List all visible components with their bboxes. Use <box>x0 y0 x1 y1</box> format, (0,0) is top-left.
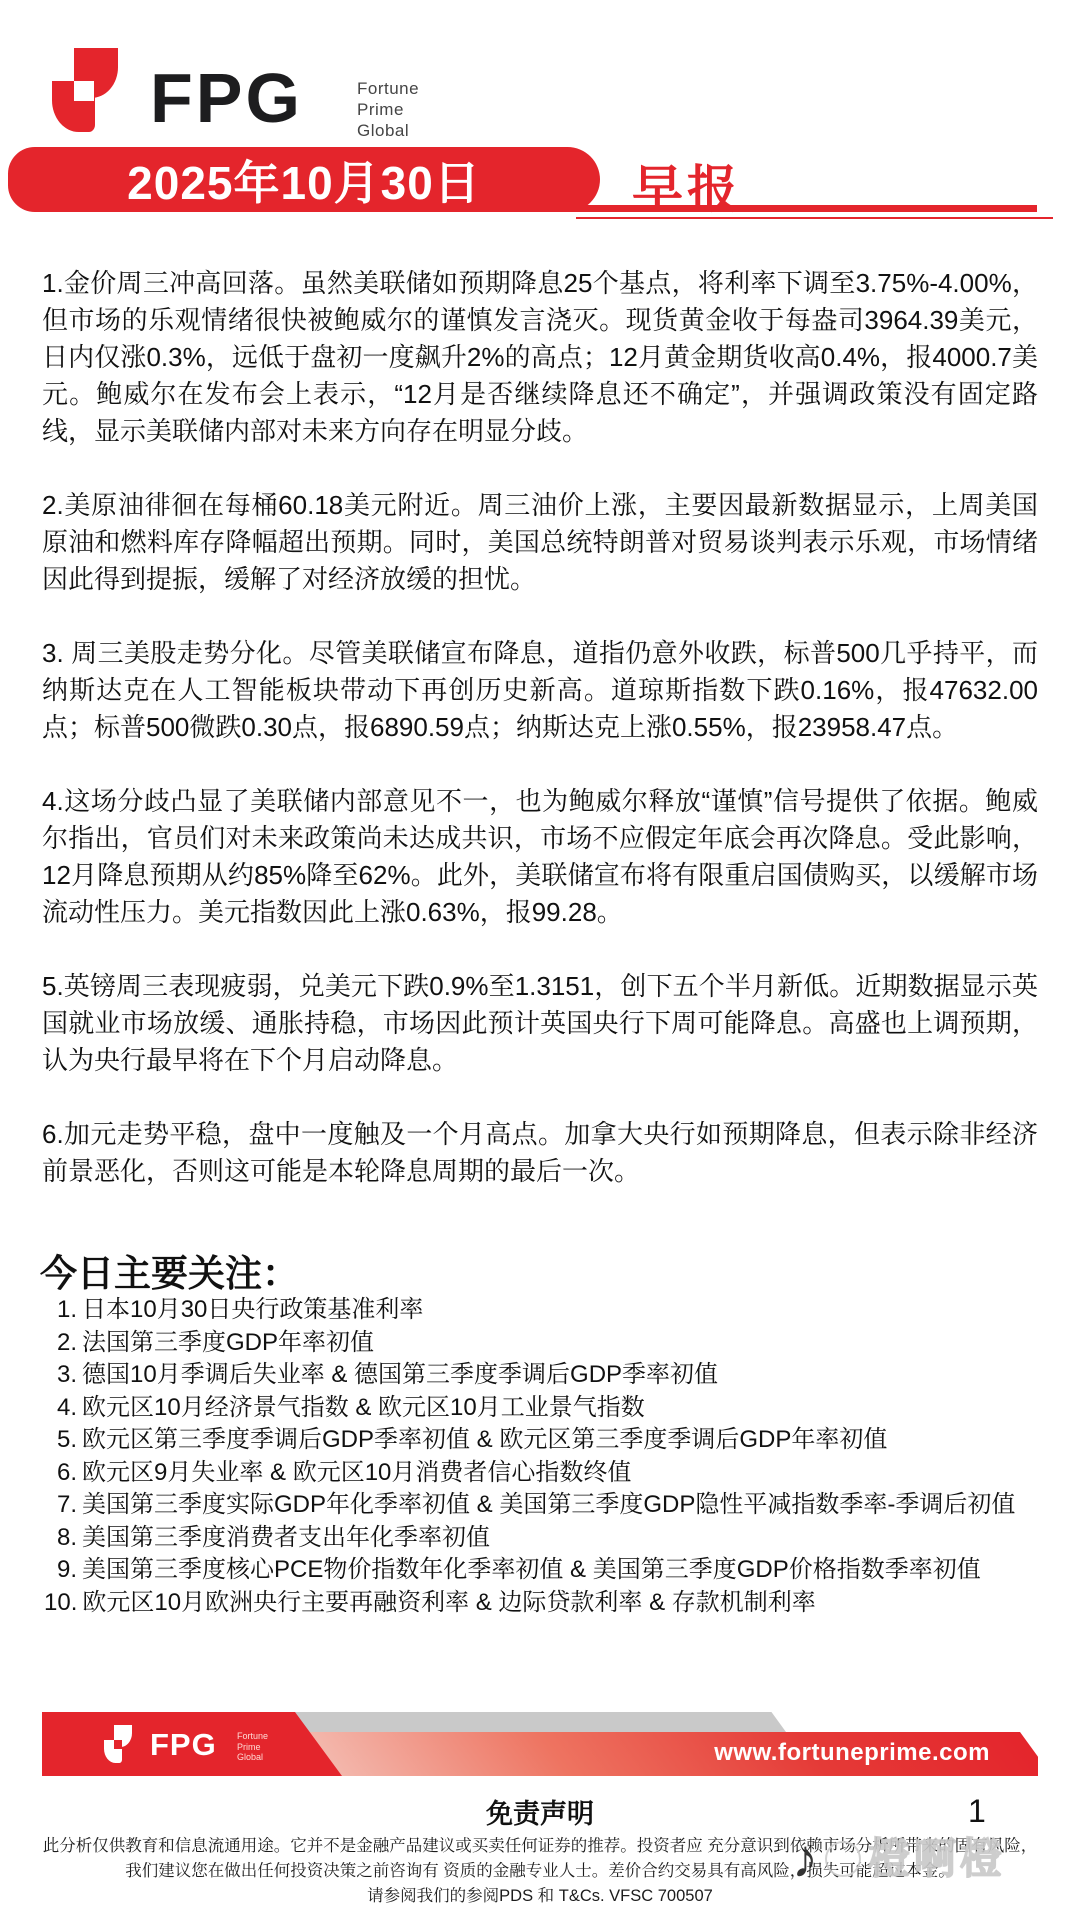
focus-item-text: 欧元区9月失业率 & 欧元区10月消费者信心指数终值 <box>82 1457 1044 1490</box>
disclaimer-title: 免责声明 <box>0 1792 1080 1831</box>
focus-item: 10.欧元区10月欧洲央行主要再融资利率 & 边际贷款利率 & 存款机制利率 <box>44 1587 1044 1620</box>
morning-report-page: FPG Fortune Prime Global 2025年10月30日 早报 … <box>0 0 1080 1920</box>
footer-banner: FPG Fortune Prime Global www.fortuneprim… <box>42 1712 1038 1776</box>
date-banner: 2025年10月30日 <box>8 147 600 212</box>
focus-item-text: 美国第三季度实际GDP年化季率初值 & 美国第三季度GDP隐性平减指数季率-季调… <box>82 1489 1044 1522</box>
fpg-wordmark: FPG <box>150 1727 217 1763</box>
watermark-text: 橙啊橙 <box>868 1838 1006 1880</box>
focus-item-number: 4. <box>44 1392 82 1425</box>
focus-item: 5.欧元区第三季度季调后GDP季率初值 & 欧元区第三季度季调后GDP年率初值 <box>44 1424 1044 1457</box>
fpg-wordmark: FPG <box>150 58 303 138</box>
brief-oil: 2.美原油徘徊在每桶60.18美元附近。周三油价上涨，主要因最新数据显示，上周美… <box>42 487 1038 598</box>
report-date: 2025年10月30日 <box>127 147 481 213</box>
focus-item: 1.日本10月30日央行政策基准利率 <box>44 1294 1044 1327</box>
focus-item: 8.美国第三季度消费者支出年化季率初值 <box>44 1522 1044 1555</box>
focus-item: 3.德国10月季调后失业率 & 德国第三季度季调后GDP季率初值 <box>44 1359 1044 1392</box>
fpg-tagline-line: Global <box>237 1752 268 1763</box>
focus-item-text: 欧元区10月经济景气指数 & 欧元区10月工业景气指数 <box>82 1392 1044 1425</box>
focus-item: 2.法国第三季度GDP年率初值 <box>44 1327 1044 1360</box>
focus-list: 1.日本10月30日央行政策基准利率 2.法国第三季度GDP年率初值 3.德国1… <box>44 1294 1044 1619</box>
focus-item-number: 5. <box>44 1424 82 1457</box>
fpg-tagline-line: Prime <box>237 1742 268 1753</box>
focus-item-number: 7. <box>44 1489 82 1522</box>
focus-item-number: 6. <box>44 1457 82 1490</box>
focus-item-number: 1. <box>44 1294 82 1327</box>
focus-item-number: 9. <box>44 1554 82 1587</box>
footer-banner-brand-block: FPG Fortune Prime Global <box>42 1712 342 1776</box>
fpg-tagline-line: Fortune <box>357 78 419 99</box>
header-brand: FPG Fortune Prime Global <box>0 0 1080 140</box>
focus-item-text: 美国第三季度核心PCE物价指数年化季率初值 & 美国第三季度GDP价格指数季率初… <box>82 1554 1044 1587</box>
focus-item: 6.欧元区9月失业率 & 欧元区10月消费者信心指数终值 <box>44 1457 1044 1490</box>
focus-item-text: 欧元区第三季度季调后GDP季率初值 & 欧元区第三季度季调后GDP年率初值 <box>82 1424 1044 1457</box>
focus-item: 4. 欧元区10月经济景气指数 & 欧元区10月工业景气指数 <box>44 1392 1044 1425</box>
focus-item: 9.美国第三季度核心PCE物价指数年化季率初值 & 美国第三季度GDP价格指数季… <box>44 1554 1044 1587</box>
brief-us-stocks: 3. 周三美股走势分化。尽管美联储宣布降息，道指仍意外收跌，标普500几乎持平，… <box>42 635 1038 746</box>
focus-item-text: 德国10月季调后失业率 & 德国第三季度季调后GDP季率初值 <box>82 1359 1044 1392</box>
brief-cad: 6.加元走势平稳，盘中一度触及一个月高点。加拿大央行如预期降息，但表示除非经济前… <box>42 1116 1038 1190</box>
news-briefs: 1.金价周三冲高回落。虽然美联储如预期降息25个基点，将利率下调至3.75%-4… <box>42 265 1038 1227</box>
watermark: ♪ 橙啊橙 <box>792 1833 1006 1885</box>
fpg-logo-icon <box>104 1725 138 1763</box>
focus-item-number: 10. <box>44 1587 82 1620</box>
focus-item-number: 2. <box>44 1327 82 1360</box>
focus-item-text: 法国第三季度GDP年率初值 <box>82 1327 1044 1360</box>
music-note-watermark-icon: ♪ <box>792 1831 818 1887</box>
focus-item: 7.美国第三季度实际GDP年化季率初值 & 美国第三季度GDP隐性平减指数季率-… <box>44 1489 1044 1522</box>
fpg-tagline-line: Prime <box>357 99 419 120</box>
header-rule-thin <box>576 217 1053 219</box>
focus-item-text: 日本10月30日央行政策基准利率 <box>82 1294 1044 1327</box>
focus-item-number: 8. <box>44 1522 82 1555</box>
fpg-logo-notch <box>74 81 94 101</box>
header-rule-thick <box>545 205 1037 212</box>
fpg-logo-notch <box>114 1740 123 1749</box>
focus-item-text: 美国第三季度消费者支出年化季率初值 <box>82 1522 1044 1555</box>
fpg-tagline-line: Global <box>357 120 419 141</box>
focus-item-text: 欧元区10月欧洲央行主要再融资利率 & 边际贷款利率 & 存款机制利率 <box>82 1587 1044 1620</box>
disclaimer-line: 请参阅我们的参阅PDS 和 T&Cs. VFSC 700507 <box>0 1884 1080 1909</box>
watermark-circle-icon <box>825 1841 861 1877</box>
brief-gold: 1.金价周三冲高回落。虽然美联储如预期降息25个基点，将利率下调至3.75%-4… <box>42 265 1038 450</box>
focus-item-number: 3. <box>44 1359 82 1392</box>
brief-fed: 4.这场分歧凸显了美联储内部意见不一，也为鲍威尔释放“谨慎”信号提供了依据。鲍威… <box>42 783 1038 931</box>
page-number: 1 <box>968 1793 986 1830</box>
website-url: www.fortuneprime.com <box>714 1739 990 1767</box>
brief-gbp: 5.英镑周三表现疲弱，兑美元下跌0.9%至1.3151，创下五个半月新低。近期数… <box>42 968 1038 1079</box>
fpg-logo-icon <box>52 48 132 132</box>
fpg-tagline-line: Fortune <box>237 1731 268 1742</box>
focus-title: 今日主要关注： <box>40 1243 299 1297</box>
fpg-tagline: Fortune Prime Global <box>357 78 419 141</box>
fpg-tagline: Fortune Prime Global <box>237 1731 268 1763</box>
